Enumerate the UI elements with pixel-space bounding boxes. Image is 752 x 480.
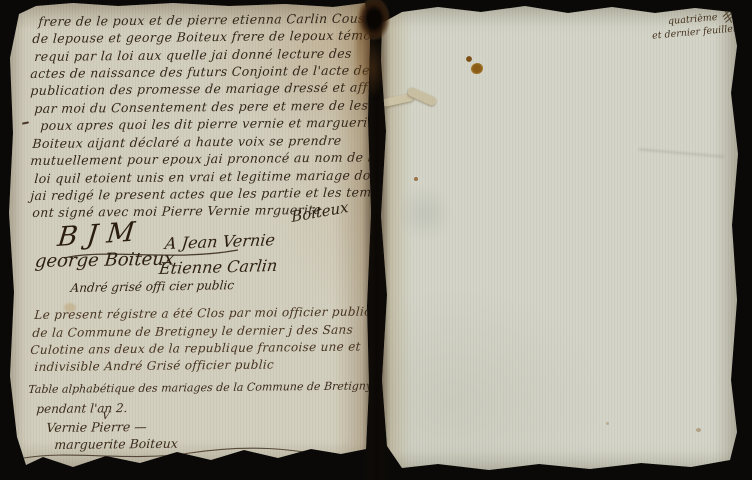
signature-carlin: Étienne Carlin: [158, 256, 278, 278]
act-line: de lepouse et george Boiteux frere de le…: [32, 27, 385, 46]
scanned-register-spread: frere de le poux et de pierre etienna Ca…: [0, 0, 752, 480]
paraph-flourish-icon: [721, 8, 737, 25]
act-line: par moi du Consentement des pere et mere…: [34, 98, 369, 116]
act-line: ont signé avec moi Pierre Vernie mrgueri…: [32, 202, 322, 220]
closing-line: Le present régistre a été Clos par moi o…: [34, 304, 372, 322]
closing-line: de la Commune de Bretigney le dernier j …: [32, 323, 353, 340]
foxing-spot: [606, 422, 609, 425]
foxing-spot: [696, 428, 701, 432]
signature-vernie: A Jean Vernie: [164, 230, 276, 253]
act-line: publication des promesse de mariage dres…: [30, 79, 396, 98]
signature-officer: André grisé offi cier public: [70, 278, 235, 295]
repair-tape-mark: [406, 86, 437, 106]
act-line: requi par la loi aux quelle jai donné le…: [34, 46, 352, 64]
act-line: actes de naissance des futurs Conjoint d…: [30, 62, 370, 81]
act-line: poux apres quoi les dit pierre vernie et…: [40, 114, 381, 133]
ghost-writing: [400, 187, 450, 239]
gutter-burn-mark: [354, 0, 394, 46]
right-page: quatrième et dernier feuillet: [380, 4, 740, 474]
closing-line: indivisible André Grisé officier public: [34, 357, 274, 374]
ink-stain: [471, 63, 483, 74]
act-line: mutuellement pour epoux jai prononcé au …: [30, 149, 380, 168]
signature-george-boiteux: george Boiteux: [34, 249, 175, 272]
margin-mark: [22, 121, 29, 124]
closing-line: Culotine ans deux de la republique franc…: [30, 340, 361, 357]
crease-line: [638, 148, 724, 157]
ink-speck: [414, 177, 418, 181]
table-line: pendant l'an 2.: [36, 401, 128, 416]
underline-flourish: [20, 446, 350, 464]
act-line: loi quil etoient unis en vrai et legitim…: [34, 167, 385, 186]
act-line: Boiteux aijant déclaré a haute voix se p…: [32, 133, 342, 151]
corner-note: et dernier feuillet: [652, 23, 737, 41]
table-line: Table alphabétique des mariages de la Co…: [28, 379, 373, 396]
ink-stain: [466, 56, 472, 62]
table-line: Vernie Pierre —: [46, 419, 147, 435]
left-page: frere de le poux et de pierre etienna Ca…: [6, 2, 378, 470]
act-line: frere de le poux et de pierre etienna Ca…: [38, 10, 378, 29]
